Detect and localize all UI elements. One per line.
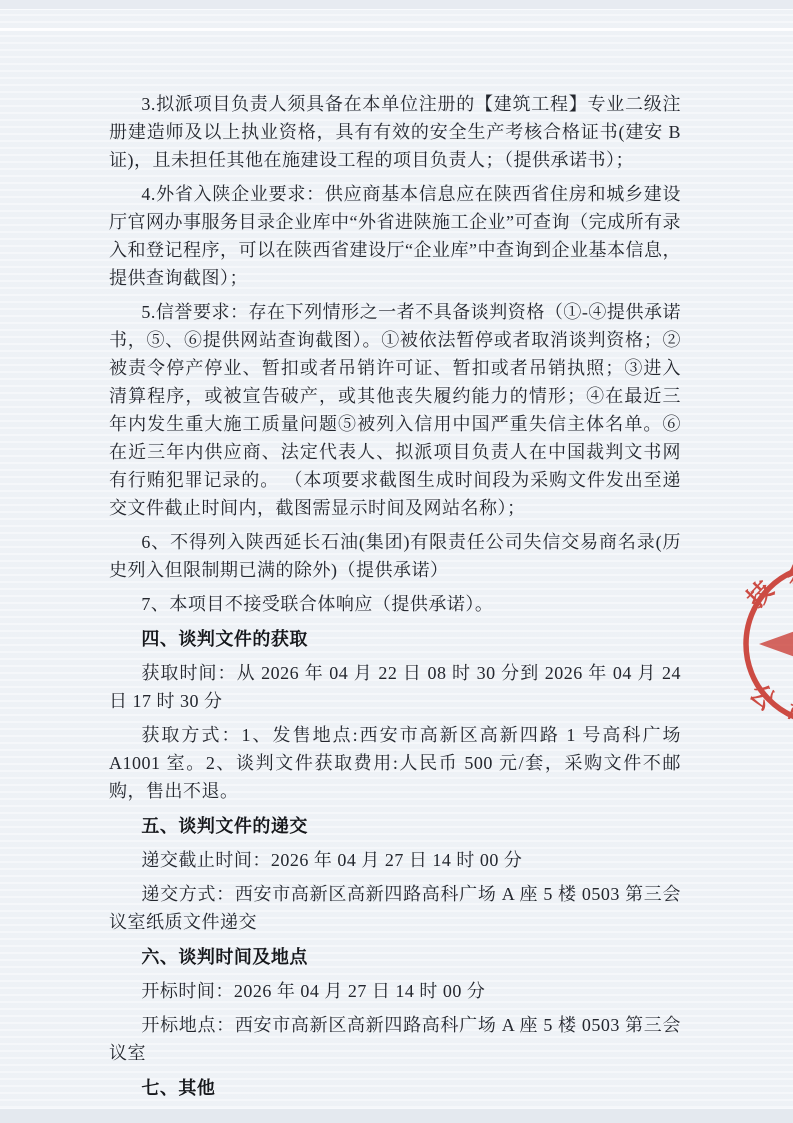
seal-char-2: 参 [782, 558, 793, 594]
section-heading-document-obtain: 四、谈判文件的获取 [109, 625, 681, 653]
paragraph-bid-opening-time: 开标时间：2026 年 04 月 27 日 14 时 00 分 [109, 977, 681, 1005]
scanned-document-page: { "page": { "background_color": "#f1f4f8… [0, 0, 793, 1123]
seal-ring [746, 565, 793, 723]
section-heading-negotiation-time-place: 六、谈判时间及地点 [109, 943, 681, 971]
paragraph-requirement-4: 4.外省入陕企业要求：供应商基本信息应在陕西省住房和城乡建设厅官网办事服务目录企… [109, 180, 681, 292]
seal-char-3: 公 [744, 680, 781, 717]
company-seal-graphic: 技 参 公 司 [723, 543, 793, 749]
paragraph-requirement-6: 6、不得列入陕西延长石油(集团)有限责任公司失信交易商名录(历史列入但限制期已满… [109, 528, 681, 584]
red-company-seal: 技 参 公 司 [723, 543, 793, 749]
scan-edge-bottom [0, 1108, 793, 1123]
paragraph-requirement-7: 7、本项目不接受联合体响应（提供承诺）。 [109, 590, 681, 618]
paragraph-submit-deadline: 递交截止时间：2026 年 04 月 27 日 14 时 00 分 [109, 846, 681, 874]
scan-line-artifact [0, 28, 793, 31]
section-heading-other: 七、其他 [109, 1074, 681, 1102]
paragraph-requirement-5: 5.信誉要求：存在下列情形之一者不具备谈判资格（①-④提供承诺书，⑤、⑥提供网站… [109, 298, 681, 522]
paragraph-bid-opening-place: 开标地点：西安市高新区高新四路高科广场 A 座 5 楼 0503 第三会议室 [109, 1011, 681, 1067]
document-body: 3.拟派项目负责人须具备在本单位注册的【建筑工程】专业二级注册建造师及以上执业资… [109, 84, 681, 1102]
seal-char-1: 技 [741, 576, 779, 613]
seal-char-4: 司 [782, 697, 793, 732]
paragraph-requirement-3: 3.拟派项目负责人须具备在本单位注册的【建筑工程】专业二级注册建造师及以上执业资… [109, 90, 681, 174]
section-heading-document-submit: 五、谈判文件的递交 [109, 812, 681, 840]
scan-edge-top [0, 0, 793, 10]
seal-star-icon [759, 581, 793, 707]
paragraph-submit-method: 递交方式：西安市高新区高新四路高科广场 A 座 5 楼 0503 第三会议室纸质… [109, 880, 681, 936]
paragraph-obtain-method: 获取方式：1、发售地点:西安市高新区高新四路 1 号高科广场 A1001 室。2… [109, 721, 681, 805]
paragraph-obtain-time: 获取时间：从 2026 年 04 月 22 日 08 时 30 分到 2026 … [109, 659, 681, 715]
